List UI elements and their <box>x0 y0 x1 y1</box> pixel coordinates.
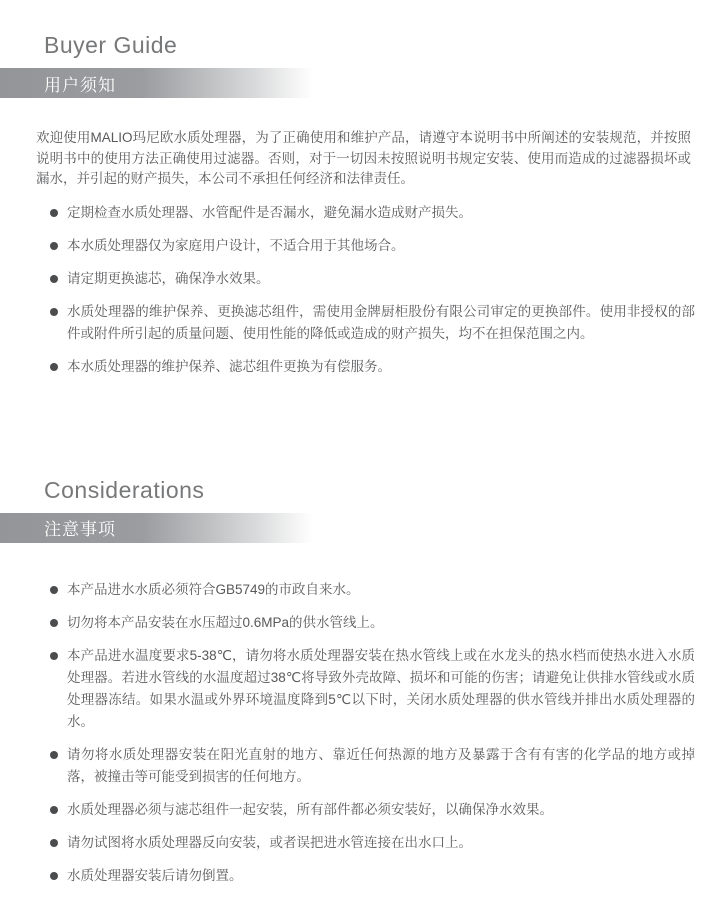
bullet-icon <box>50 839 58 847</box>
bullet-text: 切勿将本产品安装在水压超过0.6MPa的供水管线上。 <box>67 612 384 634</box>
bullet-icon <box>50 363 58 371</box>
bullet-text: 本水质处理器仅为家庭用户设计，不适合用于其他场合。 <box>67 235 405 257</box>
list-item: 定期检查水质处理器、水管配件是否漏水，避免漏水造成财产损失。 <box>50 202 710 224</box>
bullet-text: 定期检查水质处理器、水管配件是否漏水，避免漏水造成财产损失。 <box>67 202 472 224</box>
list-item: 水质处理器的维护保养、更换滤芯组件，需使用金牌厨柜股份有限公司审定的更换部件。使… <box>50 301 710 345</box>
bullet-icon <box>50 652 58 660</box>
section-heading-en: Buyer Guide <box>44 30 710 60</box>
list-item: 水质处理器安装后请勿倒置。 <box>50 865 710 887</box>
list-item: 水质处理器必须与滤芯组件一起安装，所有部件都必须安装好，以确保净水效果。 <box>50 799 710 821</box>
list-item: 本产品进水水质必须符合GB5749的市政自来水。 <box>50 579 710 601</box>
bullet-icon <box>50 586 58 594</box>
bullet-text: 请勿将水质处理器安装在阳光直射的地方、靠近任何热源的地方及暴露于含有有害的化学品… <box>67 744 695 788</box>
list-item: 本产品进水温度要求5-38℃，请勿将水质处理器安装在热水管线上或在水龙头的热水档… <box>50 645 710 733</box>
considerations-section: Considerations 注意事项 本产品进水水质必须符合GB5749的市政… <box>0 475 710 887</box>
list-item: 切勿将本产品安装在水压超过0.6MPa的供水管线上。 <box>50 612 710 634</box>
bullet-text: 水质处理器必须与滤芯组件一起安装，所有部件都必须安装好，以确保净水效果。 <box>67 799 553 821</box>
section-title-bar: 注意事项 <box>0 513 710 543</box>
bullet-text: 请勿试图将水质处理器反向安装，或者误把进水管连接在出水口上。 <box>67 832 472 854</box>
bullet-text: 水质处理器安装后请勿倒置。 <box>67 865 243 887</box>
bullet-text: 本产品进水水质必须符合GB5749的市政自来水。 <box>67 579 360 601</box>
bullet-text: 本水质处理器的维护保养、滤芯组件更换为有偿服务。 <box>67 356 391 378</box>
list-item: 请勿试图将水质处理器反向安装，或者误把进水管连接在出水口上。 <box>50 832 710 854</box>
intro-paragraph: 欢迎使用MALIO玛尼欧水质处理器，为了正确使用和维护产品，请遵守本说明书中所阐… <box>36 128 691 190</box>
buyer-guide-section: Buyer Guide 用户须知 欢迎使用MALIO玛尼欧水质处理器，为了正确使… <box>0 0 710 378</box>
section-heading-en: Considerations <box>44 475 710 505</box>
list-item: 请定期更换滤芯，确保净水效果。 <box>50 268 710 290</box>
bullet-icon <box>50 209 58 217</box>
section-heading-zh: 用户须知 <box>44 71 116 96</box>
bullet-icon <box>50 308 58 316</box>
bullet-text: 本产品进水温度要求5-38℃，请勿将水质处理器安装在热水管线上或在水龙头的热水档… <box>67 645 695 733</box>
notice-list: 定期检查水质处理器、水管配件是否漏水，避免漏水造成财产损失。本水质处理器仅为家庭… <box>0 202 710 378</box>
bullet-icon <box>50 806 58 814</box>
bullet-icon <box>50 872 58 880</box>
list-item: 本水质处理器的维护保养、滤芯组件更换为有偿服务。 <box>50 356 710 378</box>
bullet-icon <box>50 751 58 759</box>
section-title-bar: 用户须知 <box>0 68 710 98</box>
notice-list: 本产品进水水质必须符合GB5749的市政自来水。切勿将本产品安装在水压超过0.6… <box>0 579 710 887</box>
section-heading-zh: 注意事项 <box>44 515 116 540</box>
bullet-icon <box>50 619 58 627</box>
list-item: 请勿将水质处理器安装在阳光直射的地方、靠近任何热源的地方及暴露于含有有害的化学品… <box>50 744 710 788</box>
bullet-text: 水质处理器的维护保养、更换滤芯组件，需使用金牌厨柜股份有限公司审定的更换部件。使… <box>67 301 695 345</box>
bullet-text: 请定期更换滤芯，确保净水效果。 <box>67 268 270 290</box>
list-item: 本水质处理器仅为家庭用户设计，不适合用于其他场合。 <box>50 235 710 257</box>
bullet-icon <box>50 275 58 283</box>
bullet-icon <box>50 242 58 250</box>
